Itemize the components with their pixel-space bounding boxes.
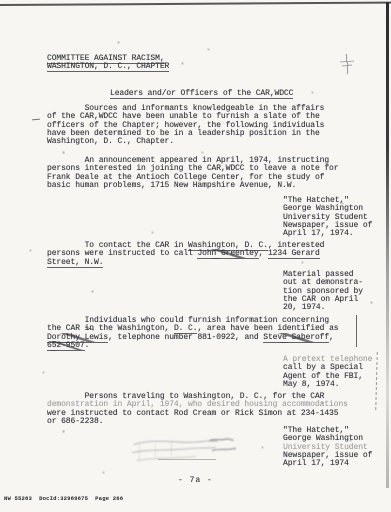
text-segment: 1234 Gerard [268,249,320,259]
source-citation-1: "The Hatchet,"George WashingtonUniversit… [283,197,372,239]
text-line: Leaders and/or Officers of the CAR,WDCC [110,90,293,98]
text-segment: the CAR [47,324,85,333]
text-line: Washington, D. C., Chapter. [47,138,324,146]
text-segment: demonstration in April, 1974, who desire… [47,400,348,409]
text-segment: George Washington [283,434,363,443]
text-segment: 20, 1974. [283,303,325,312]
text-segment: April 17, 1974. [283,229,354,238]
text-line: 20, 1974. [283,304,363,312]
text-segment: 652-9507 [47,341,85,351]
text-line: University Student [283,444,372,452]
text-segment: persons were instructed to call [47,249,197,258]
document-title: Leaders and/or Officers of the CAR,WDCC [110,90,293,98]
text-segment: A pretext telephone [283,355,372,364]
page-number: - 7a - [178,476,213,485]
paragraph-3: To contact the CAR in Washington, D. C.,… [47,242,324,267]
text-segment: , telephone number 881-0922, and [108,333,263,342]
scan-right-edge [386,2,390,488]
pen-scribble-icon [336,52,358,76]
footer-record-id: NW 55283 DocId:32989675 Page 266 [4,495,123,502]
paragraph-1: Sources and informants knowledgeable in … [47,105,324,147]
stamp-underline [158,459,216,460]
text-line: A pretext telephone [283,356,372,364]
margin-squiggle-mark [375,352,380,410]
illegible-stamp-icon [125,431,243,471]
paragraph-5: Persons traveling to Washington, D. C., … [47,393,348,426]
scan-noise [0,0,1,1]
text-line: basic human problems, 1715 New Hampshire… [47,182,338,190]
paragraph-4: Individuals who could furnish informatio… [47,317,338,350]
source-citation-2: Material passedout at demonstra-tion spo… [283,271,363,313]
text-segment: May 8, 1974. [283,380,339,389]
text-line: 652-9507. [47,342,338,350]
text-line: April 17, 1974 [283,460,372,468]
text-segment: Street, N.W. [47,258,103,268]
text-segment: April 17, 1974 [283,459,349,468]
text-segment: Leaders and/or Officers of the CAR,WDCC [110,89,293,99]
margin-dash-mark [32,119,40,121]
source-citation-4: "The Hatchet,"George WashingtonUniversit… [283,427,372,469]
text-segment: . [85,341,90,350]
letterhead: COMMITTEE AGAINST RACISM,WASHINGTON, D. … [47,55,169,72]
text-segment: or 686-2238. [47,417,103,426]
text-segment: , [259,249,268,258]
scan-top-edge [0,2,391,6]
text-line: Dorothy Lewis, telephone number 881-0922… [47,334,338,342]
text-line: WASHINGTON, D. C., CHAPTER [47,63,169,71]
text-segment: Steve Saberoff [263,333,329,343]
text-segment: John Greenley [197,249,258,259]
scanned-document-page: COMMITTEE AGAINST RACISM,WASHINGTON, D. … [0,0,391,512]
text-line: demonstration in April, 1974, who desire… [47,401,348,409]
source-citation-3: A pretext telephonecall by a SpecialAgen… [283,356,372,389]
text-line: April 17, 1974. [283,230,372,238]
text-segment: WASHINGTON, D. C., CHAPTER [47,62,169,72]
text-line: May 8, 1974. [283,381,372,389]
text-segment: Washington, D. C., Chapter. [47,137,174,146]
text-segment: University Student [283,443,368,452]
paragraph-2: An announcement appeared in April, 1974,… [47,157,338,190]
text-segment: basic human problems, 1715 New Hampshire… [47,181,296,190]
margin-change-bar [356,315,357,347]
text-segment: in [85,324,94,333]
text-segment: , [329,333,334,342]
text-line: Street, N.W. [47,259,324,267]
